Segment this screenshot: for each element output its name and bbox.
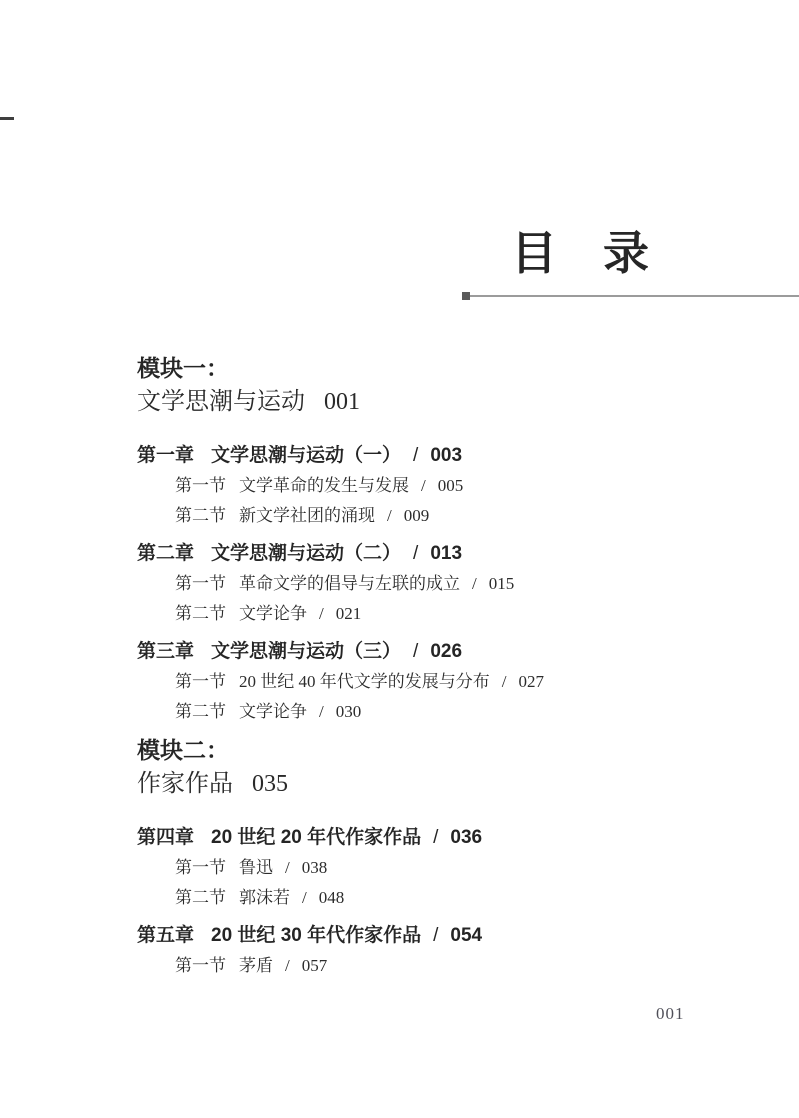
table-of-contents: 模块一： 文学思潮与运动 001 第一章文学思潮与运动（一）/003 第一节文学… bbox=[137, 353, 717, 981]
chapter-label: 第二章 bbox=[137, 543, 194, 564]
chapter-page-number: 026 bbox=[430, 641, 462, 662]
toc-chapter-row: 第三章文学思潮与运动（三）/026 bbox=[137, 637, 717, 667]
chapter-title: 20 世纪 30 年代作家作品 bbox=[211, 925, 421, 946]
book-toc-page: 目 录 模块一： 文学思潮与运动 001 第一章文学思潮与运动（一）/003 第… bbox=[0, 0, 799, 1118]
section-label: 第二节 bbox=[175, 888, 226, 907]
section-page-number: 015 bbox=[489, 574, 515, 593]
section-title: 文学论争 bbox=[239, 604, 307, 623]
section-title: 文学论争 bbox=[239, 702, 307, 721]
section-title: 郭沫若 bbox=[239, 888, 290, 907]
section-page-number: 057 bbox=[302, 956, 328, 975]
toc-section-row: 第二节文学论争/030 bbox=[137, 697, 717, 727]
chapter-page-number: 013 bbox=[430, 543, 462, 564]
page-separator: / bbox=[319, 702, 324, 721]
section-page-number: 038 bbox=[302, 858, 328, 877]
section-label: 第一节 bbox=[175, 956, 226, 975]
chapter-label: 第五章 bbox=[137, 925, 194, 946]
page-separator: / bbox=[319, 604, 324, 623]
toc-section-row: 第二节新文学社团的涌现/009 bbox=[137, 501, 717, 531]
chapter-title: 文学思潮与运动（三） bbox=[211, 641, 401, 662]
chapter-page-number: 036 bbox=[450, 827, 482, 848]
footer-page-number: 001 bbox=[656, 1004, 685, 1024]
page-title: 目 录 bbox=[511, 227, 649, 281]
toc-section-row: 第一节茅盾/057 bbox=[137, 951, 717, 981]
page-separator: / bbox=[413, 543, 418, 564]
toc-chapter-row: 第一章文学思潮与运动（一）/003 bbox=[137, 441, 717, 471]
toc-chapter-row: 第五章20 世纪 30 年代作家作品/054 bbox=[137, 921, 717, 951]
section-page-number: 009 bbox=[404, 506, 430, 525]
toc-chapter-row: 第四章20 世纪 20 年代作家作品/036 bbox=[137, 823, 717, 853]
module-title: 文学思潮与运动 bbox=[137, 389, 305, 415]
chapter-label: 第三章 bbox=[137, 641, 194, 662]
module-page-number: 035 bbox=[252, 771, 288, 797]
page-separator: / bbox=[472, 574, 477, 593]
section-title: 新文学社团的涌现 bbox=[239, 506, 375, 525]
toc-section-row: 第一节文学革命的发生与发展/005 bbox=[137, 471, 717, 501]
toc-section-row: 第一节革命文学的倡导与左联的成立/015 bbox=[137, 569, 717, 599]
section-title: 茅盾 bbox=[239, 956, 273, 975]
section-label: 第一节 bbox=[175, 672, 226, 691]
page-separator: / bbox=[502, 672, 507, 691]
toc-chapter-row: 第二章文学思潮与运动（二）/013 bbox=[137, 539, 717, 569]
section-page-number: 048 bbox=[319, 888, 345, 907]
divider-line bbox=[462, 295, 799, 297]
page-separator: / bbox=[387, 506, 392, 525]
page-separator: / bbox=[433, 827, 438, 848]
section-label: 第一节 bbox=[175, 858, 226, 877]
module-label: 模块一： bbox=[137, 353, 717, 385]
toc-section-row: 第二节文学论争/021 bbox=[137, 599, 717, 629]
section-page-number: 030 bbox=[336, 702, 362, 721]
section-title: 文学革命的发生与发展 bbox=[239, 476, 409, 495]
module-label: 模块二： bbox=[137, 735, 717, 767]
section-title: 20 世纪 40 年代文学的发展与分布 bbox=[239, 672, 490, 691]
module-title-row: 作家作品 035 bbox=[137, 767, 717, 801]
module-title: 作家作品 bbox=[137, 771, 233, 797]
page-separator: / bbox=[433, 925, 438, 946]
page-separator: / bbox=[421, 476, 426, 495]
page-separator: / bbox=[285, 956, 290, 975]
section-label: 第一节 bbox=[175, 476, 226, 495]
chapter-title: 文学思潮与运动（二） bbox=[211, 543, 401, 564]
section-label: 第二节 bbox=[175, 604, 226, 623]
chapter-title: 20 世纪 20 年代作家作品 bbox=[211, 827, 421, 848]
toc-section-row: 第一节鲁迅/038 bbox=[137, 853, 717, 883]
section-title: 鲁迅 bbox=[239, 858, 273, 877]
module-title-row: 文学思潮与运动 001 bbox=[137, 385, 717, 419]
toc-section-row: 第二节郭沫若/048 bbox=[137, 883, 717, 913]
toc-section-row: 第一节20 世纪 40 年代文学的发展与分布/027 bbox=[137, 667, 717, 697]
module-page-number: 001 bbox=[324, 389, 360, 415]
page-separator: / bbox=[413, 641, 418, 662]
section-page-number: 021 bbox=[336, 604, 362, 623]
page-separator: / bbox=[285, 858, 290, 877]
title-divider bbox=[462, 291, 799, 301]
chapter-title: 文学思潮与运动（一） bbox=[211, 445, 401, 466]
section-title: 革命文学的倡导与左联的成立 bbox=[239, 574, 460, 593]
chapter-label: 第四章 bbox=[137, 827, 194, 848]
section-label: 第二节 bbox=[175, 702, 226, 721]
section-label: 第二节 bbox=[175, 506, 226, 525]
divider-square-icon bbox=[462, 292, 470, 300]
page-separator: / bbox=[302, 888, 307, 907]
chapter-label: 第一章 bbox=[137, 445, 194, 466]
page-separator: / bbox=[413, 445, 418, 466]
chapter-page-number: 003 bbox=[430, 445, 462, 466]
section-page-number: 027 bbox=[518, 672, 544, 691]
section-page-number: 005 bbox=[438, 476, 464, 495]
section-label: 第一节 bbox=[175, 574, 226, 593]
chapter-page-number: 054 bbox=[450, 925, 482, 946]
trim-mark bbox=[0, 117, 14, 120]
